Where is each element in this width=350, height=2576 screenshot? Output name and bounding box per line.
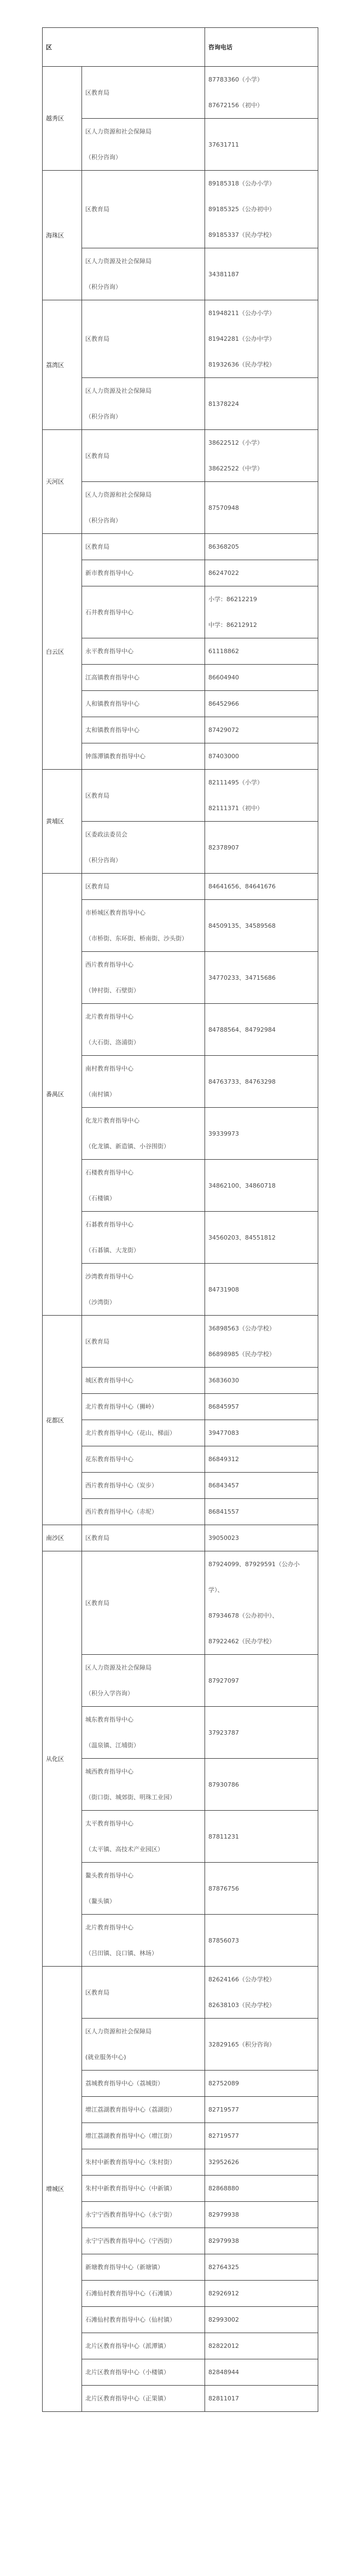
phone-number: 32952626 xyxy=(208,2149,314,2175)
phone-number: 82979938 xyxy=(208,2202,314,2228)
office-name-line: 石碁教育指导中心 xyxy=(85,1212,201,1237)
phone-cell: 87856073 xyxy=(205,1915,318,1967)
phone-number: 87934678（公办初中）、 xyxy=(208,1603,314,1629)
office-cell: 西片教育指导中心（炭步） xyxy=(82,1473,205,1499)
office-name-line: 石滩仙村教育指导中心（仙村镇） xyxy=(85,2307,201,2333)
phone-number: 38622522（中学） xyxy=(208,456,314,481)
table-row: 北片教育指导中心（大石街、洛浦街）84788564、84792984 xyxy=(43,1004,318,1056)
table-row: 城区教育指导中心36836030 xyxy=(43,1368,318,1394)
phone-number: 36898563（公办学校） xyxy=(208,1316,314,1341)
office-cell: 石滩仙村教育指导中心（仙村镇） xyxy=(82,2307,205,2333)
table-row: 荔湾区区教育局81948211（公办小学）81942281（公办中学）81932… xyxy=(43,300,318,378)
phone-cell: 34560203、84551812 xyxy=(205,1212,318,1264)
office-cell: 北片教育指导中心（大石街、洛浦街） xyxy=(82,1004,205,1056)
office-cell: 新市教育指导中心 xyxy=(82,560,205,586)
phone-cell: 86841557 xyxy=(205,1499,318,1525)
office-name-line: 新市教育指导中心 xyxy=(85,560,201,586)
phone-cell: 89185318（公办小学）89185325（公办初中）89185337（民办学… xyxy=(205,171,318,248)
district-name: 天河区 xyxy=(43,430,82,534)
office-cell: 花东教育指导中心 xyxy=(82,1446,205,1473)
office-cell: 城区教育指导中心 xyxy=(82,1368,205,1394)
office-cell: 区人力资源及社会保障局（积分咨询） xyxy=(82,248,205,300)
phone-number: 86849312 xyxy=(208,1446,314,1472)
office-name-line: 朱村中新教育指导中心（朱村街） xyxy=(85,2149,201,2175)
phone-number: 82868880 xyxy=(208,2176,314,2201)
office-name-line: 区人力资源及社会保障局 xyxy=(85,1655,201,1680)
office-cell: 市桥城区教育指导中心（市桥街、东环街、桥南街、沙头街） xyxy=(82,900,205,952)
office-name-line: （鳌头镇） xyxy=(85,1888,201,1914)
table-row: 鳌头教育指导中心（鳌头镇）87876756 xyxy=(43,1863,318,1915)
office-name-line: 朱村中新教育指导中心（中新镇） xyxy=(85,2176,201,2201)
office-cell: 区教育局 xyxy=(82,1967,205,2019)
phone-number: 87403000 xyxy=(208,743,314,769)
table-row: 区人力资源及社会保障局（积分入学咨询）87927097 xyxy=(43,1655,318,1707)
phone-cell: 84788564、84792984 xyxy=(205,1004,318,1056)
office-name-line: （街口街、城郊街、明珠工业园） xyxy=(85,1784,201,1810)
table-row: 新塘教育指导中心（新塘镇）82764325 xyxy=(43,2254,318,2281)
table-row: 朱村中新教育指导中心（中新镇）82868880 xyxy=(43,2176,318,2202)
phone-number: 82111371（初中） xyxy=(208,795,314,821)
phone-number: 86247022 xyxy=(208,560,314,586)
phone-number: 82719577 xyxy=(208,2123,314,2149)
office-cell: 北片区教育指导中心（小楼镇） xyxy=(82,2359,205,2386)
phone-number: 87570948 xyxy=(208,495,314,521)
office-cell: 城东教育指导中心（温泉镇、江埔街） xyxy=(82,1707,205,1759)
phone-number: 32829165（积分咨询） xyxy=(208,2032,314,2057)
table-row: 白云区区教育局86368205 xyxy=(43,534,318,560)
office-name-line: 区人力资源和社会保障局 xyxy=(85,2019,201,2044)
office-cell: 区教育局 xyxy=(82,1525,205,1551)
phone-cell: 82822012 xyxy=(205,2333,318,2359)
office-name-line: 区人力资源及社会保障局 xyxy=(85,248,201,274)
phone-number: 84788564、84792984 xyxy=(208,1017,314,1043)
table-row: 南沙区区教育局39050023 xyxy=(43,1525,318,1551)
office-name-line: 城区教育指导中心 xyxy=(85,1368,201,1393)
office-name-line: （积分咨询） xyxy=(85,144,201,170)
phone-cell: 81378224 xyxy=(205,378,318,430)
office-name-line: （石碁镇、大龙街） xyxy=(85,1237,201,1263)
district-name: 花都区 xyxy=(43,1316,82,1525)
district-name: 从化区 xyxy=(43,1551,82,1967)
phone-number: 39339973 xyxy=(208,1121,314,1147)
office-cell: 区人力资源和社会保障局（积分咨询） xyxy=(82,119,205,171)
office-name-line: 区人力资源和社会保障局 xyxy=(85,119,201,144)
table-row: 天河区区教育局38622512（小学）38622522（中学） xyxy=(43,430,318,482)
phone-cell: 87930786 xyxy=(205,1759,318,1811)
office-cell: 北片教育指导中心（花山、梯面） xyxy=(82,1420,205,1446)
table-row: 沙湾教育指导中心（沙湾街）84731908 xyxy=(43,1264,318,1316)
office-cell: 区教育局 xyxy=(82,300,205,378)
office-name-line: 区教育局 xyxy=(85,1525,201,1551)
table-row: 石碁教育指导中心（石碁镇、大龙街）34560203、84551812 xyxy=(43,1212,318,1264)
phone-cell: 32829165（积分咨询） xyxy=(205,2019,318,2071)
office-name-line: 区教育局 xyxy=(85,874,201,899)
phone-cell: 86843457 xyxy=(205,1473,318,1499)
table-row: 北片区教育指导中心（派潭镇）82822012 xyxy=(43,2333,318,2359)
office-name-line: 化龙片教育指导中心 xyxy=(85,1108,201,1133)
table-row: 花东教育指导中心86849312 xyxy=(43,1446,318,1473)
table-row: 石滩仙村教育指导中心（石滩镇）82926912 xyxy=(43,2281,318,2307)
phone-cell: 82979938 xyxy=(205,2228,318,2254)
table-row: 人和镇教育指导中心86452966 xyxy=(43,691,318,717)
office-cell: 江高镇教育指导中心 xyxy=(82,665,205,691)
office-name-line: （积分入学咨询） xyxy=(85,1680,201,1706)
office-name-line: 石井教育指导中心 xyxy=(85,600,201,625)
office-name-line: 区教育局 xyxy=(85,1980,201,2005)
office-name-line: 区委政法委员会 xyxy=(85,822,201,847)
phone-number: 86368205 xyxy=(208,534,314,560)
phone-number: 61118862 xyxy=(208,638,314,664)
office-cell: 区教育局 xyxy=(82,874,205,900)
table-row: 区人力资源和社会保障局（积分咨询）87570948 xyxy=(43,482,318,534)
phone-cell: 39477083 xyxy=(205,1420,318,1446)
office-cell: 区人力资源和社会保障局(就业服务中心) xyxy=(82,2019,205,2071)
office-name-line: 南村教育指导中心 xyxy=(85,1056,201,1081)
phone-number: 81378224 xyxy=(208,391,314,417)
phone-number: 39477083 xyxy=(208,1420,314,1446)
phone-number: 82111495（小学） xyxy=(208,770,314,795)
phone-number: 82624166（公办学校） xyxy=(208,1967,314,1992)
office-name-line: （南村镇） xyxy=(85,1081,201,1107)
district-name: 白云区 xyxy=(43,534,82,770)
office-name-line: 人和镇教育指导中心 xyxy=(85,691,201,717)
phone-cell: 82719577 xyxy=(205,2123,318,2149)
district-name: 南沙区 xyxy=(43,1525,82,1551)
phone-cell: 86368205 xyxy=(205,534,318,560)
office-name-line: 增江荔湖教育指导中心（增江街） xyxy=(85,2123,201,2149)
phone-number: 89185318（公办小学） xyxy=(208,171,314,196)
office-name-line: 新塘教育指导中心（新塘镇） xyxy=(85,2254,201,2280)
office-name-line: （吕田镇、良口镇、林场） xyxy=(85,1940,201,1966)
phone-cell: 87811231 xyxy=(205,1811,318,1863)
phone-number: 89185337（民办学校） xyxy=(208,222,314,248)
office-cell: 北片区教育指导中心（正果镇） xyxy=(82,2386,205,2412)
office-name-line: 北片教育指导中心 xyxy=(85,1915,201,1940)
office-name-line: 石滩仙村教育指导中心（石滩镇） xyxy=(85,2281,201,2306)
office-name-line: 永宁宁西教育指导中心（永宁街） xyxy=(85,2202,201,2228)
phone-number: 34862100、34860718 xyxy=(208,1173,314,1199)
phone-cell: 81948211（公办小学）81942281（公办中学）81932636（民办学… xyxy=(205,300,318,378)
office-cell: 北片教育指导中心（吕田镇、良口镇、林场） xyxy=(82,1915,205,1967)
phone-cell: 39339973 xyxy=(205,1108,318,1160)
office-cell: 区教育局 xyxy=(82,1316,205,1368)
office-name-line: （积分咨询） xyxy=(85,508,201,533)
phone-number: 81942281（公办中学） xyxy=(208,326,314,352)
office-cell: 太平教育指导中心（太平镇、高技术产业园区） xyxy=(82,1811,205,1863)
office-cell: 城西教育指导中心（街口街、城郊街、明珠工业园） xyxy=(82,1759,205,1811)
table-header-row: 区 咨询电话 xyxy=(43,28,318,67)
table-row: 北片教育指导中心（狮岭）86845957 xyxy=(43,1394,318,1420)
district-name: 荔湾区 xyxy=(43,300,82,430)
header-phone: 咨询电话 xyxy=(205,28,318,67)
phone-number: 86843457 xyxy=(208,1473,314,1498)
district-name: 海珠区 xyxy=(43,171,82,300)
office-name-line: （大石街、洛浦街） xyxy=(85,1030,201,1055)
phone-cell: 82926912 xyxy=(205,2281,318,2307)
office-name-line: 区教育局 xyxy=(85,783,201,809)
office-name-line: 太平教育指导中心 xyxy=(85,1811,201,1836)
table-row: 西片教育指导中心（赤坭）86841557 xyxy=(43,1499,318,1525)
phone-number: 86452966 xyxy=(208,691,314,717)
office-cell: 石碁教育指导中心（石碁镇、大龙街） xyxy=(82,1212,205,1264)
office-name-line: 区人力资源及社会保障局 xyxy=(85,378,201,404)
phone-number: 82979938 xyxy=(208,2228,314,2254)
office-name-line: 太和镇教育指导中心 xyxy=(85,717,201,743)
phone-number: 89185325（公办初中） xyxy=(208,196,314,222)
table-row: 区人力资源及社会保障局（积分咨询）34381187 xyxy=(43,248,318,300)
phone-cell: 37631711 xyxy=(205,119,318,171)
phone-cell: 86604940 xyxy=(205,665,318,691)
table-row: 从化区区教育局87924099、87929591（公办小学）、87934678（… xyxy=(43,1551,318,1655)
phone-cell: 82993002 xyxy=(205,2307,318,2333)
phone-number: 34381187 xyxy=(208,261,314,287)
phone-cell: 87570948 xyxy=(205,482,318,534)
table-row: 北片区教育指导中心（小楼镇）82848944 xyxy=(43,2359,318,2386)
phone-cell: 84763733、84763298 xyxy=(205,1056,318,1108)
office-name-line: 区教育局 xyxy=(85,534,201,560)
phone-number: 87924099、87929591（公办小学）、 xyxy=(208,1551,314,1603)
office-name-line: 北片教育指导中心 xyxy=(85,1004,201,1030)
table-row: 区人力资源和社会保障局（积分咨询）37631711 xyxy=(43,119,318,171)
phone-cell: 82624166（公办学校）82638103（民办学校） xyxy=(205,1967,318,2019)
office-name-line: 石楼教育指导中心 xyxy=(85,1160,201,1185)
table-row: 永平教育指导中心61118862 xyxy=(43,638,318,665)
office-cell: 钟落潭镇教育指导中心 xyxy=(82,743,205,770)
phone-cell: 86452966 xyxy=(205,691,318,717)
table-row: 朱村中新教育指导中心（朱村街）32952626 xyxy=(43,2149,318,2176)
page: 区 咨询电话 越秀区区教育局87783360（小学）87672156（初中）区人… xyxy=(0,0,350,2426)
phone-cell: 82868880 xyxy=(205,2176,318,2202)
office-cell: 区教育局 xyxy=(82,430,205,482)
office-name-line: 永宁宁西教育指导中心（宁西街） xyxy=(85,2228,201,2254)
phone-number: 84641656、84641676 xyxy=(208,874,314,899)
office-cell: 鳌头教育指导中心（鳌头镇） xyxy=(82,1863,205,1915)
office-cell: 朱村中新教育指导中心（中新镇） xyxy=(82,2176,205,2202)
phone-cell: 38622512（小学）38622522（中学） xyxy=(205,430,318,482)
office-name-line: 区人力资源和社会保障局 xyxy=(85,482,201,508)
office-cell: 增江荔湖教育指导中心（增江街） xyxy=(82,2123,205,2149)
phone-cell: 34381187 xyxy=(205,248,318,300)
office-cell: 永平教育指导中心 xyxy=(82,638,205,665)
phone-number: 82993002 xyxy=(208,2307,314,2333)
office-name-line: （温泉镇、江埔街） xyxy=(85,1732,201,1758)
table-row: 花都区区教育局36898563（公办学校）86898985（民办学校） xyxy=(43,1316,318,1368)
phone-number: 38622512（小学） xyxy=(208,430,314,456)
office-name-line: 江高镇教育指导中心 xyxy=(85,665,201,690)
phone-cell: 82111495（小学）82111371（初中） xyxy=(205,770,318,822)
contact-table: 区 咨询电话 越秀区区教育局87783360（小学）87672156（初中）区人… xyxy=(42,27,318,2412)
phone-cell: 小学：86212219中学：86212912 xyxy=(205,586,318,638)
phone-number: 中学：86212912 xyxy=(208,612,314,638)
office-cell: 石井教育指导中心 xyxy=(82,586,205,638)
office-name-line: （钟村街、石壁街） xyxy=(85,978,201,1003)
office-name-line: 城东教育指导中心 xyxy=(85,1707,201,1732)
office-name-line: （积分咨询） xyxy=(85,404,201,429)
office-name-line: 北片区教育指导中心（小楼镇） xyxy=(85,2359,201,2385)
table-row: 石滩仙村教育指导中心（仙村镇）82993002 xyxy=(43,2307,318,2333)
office-name-line: 北片教育指导中心（花山、梯面） xyxy=(85,1420,201,1446)
district-name: 番禺区 xyxy=(43,874,82,1316)
phone-number: 87783360（小学） xyxy=(208,67,314,92)
table-row: 区人力资源及社会保障局（积分咨询）81378224 xyxy=(43,378,318,430)
phone-cell: 82811017 xyxy=(205,2386,318,2412)
office-cell: 人和镇教育指导中心 xyxy=(82,691,205,717)
table-row: 西片教育指导中心（钟村街、石壁街）34770233、34715686 xyxy=(43,952,318,1004)
phone-number: 87927097 xyxy=(208,1668,314,1694)
office-name-line: 区教育局 xyxy=(85,326,201,352)
office-name-line: 区教育局 xyxy=(85,80,201,106)
table-row: 化龙片教育指导中心（化龙镇、新造镇、小谷围街）39339973 xyxy=(43,1108,318,1160)
table-row: 石井教育指导中心小学：86212219中学：86212912 xyxy=(43,586,318,638)
phone-cell: 34862100、34860718 xyxy=(205,1160,318,1212)
office-cell: 永宁宁西教育指导中心（宁西街） xyxy=(82,2228,205,2254)
office-name-line: 花东教育指导中心 xyxy=(85,1446,201,1472)
phone-number: 84731908 xyxy=(208,1277,314,1302)
phone-number: 84509135、34589568 xyxy=(208,913,314,939)
phone-number: 82638103（民办学校） xyxy=(208,1992,314,2018)
phone-cell: 87783360（小学）87672156（初中） xyxy=(205,67,318,119)
office-name-line: 沙湾教育指导中心 xyxy=(85,1264,201,1289)
office-name-line: 北片区教育指导中心（正果镇） xyxy=(85,2386,201,2411)
office-name-line: 区教育局 xyxy=(85,1329,201,1354)
phone-cell: 86849312 xyxy=(205,1446,318,1473)
office-cell: 永宁宁西教育指导中心（永宁街） xyxy=(82,2202,205,2228)
phone-cell: 61118862 xyxy=(205,638,318,665)
office-cell: 荔城教育指导中心（荔城街） xyxy=(82,2071,205,2097)
table-row: 西片教育指导中心（炭步）86843457 xyxy=(43,1473,318,1499)
phone-cell: 87927097 xyxy=(205,1655,318,1707)
phone-number: 82752089 xyxy=(208,2071,314,2096)
office-name-line: 区教育局 xyxy=(85,443,201,469)
table-row: 区委政法委员会（积分咨询）82378907 xyxy=(43,822,318,874)
office-cell: 朱村中新教育指导中心（朱村街） xyxy=(82,2149,205,2176)
phone-number: 34560203、84551812 xyxy=(208,1225,314,1251)
office-name-line: （化龙镇、新造镇、小谷围街） xyxy=(85,1133,201,1159)
office-cell: 区教育局 xyxy=(82,1551,205,1655)
phone-number: 86845957 xyxy=(208,1394,314,1420)
phone-cell: 36836030 xyxy=(205,1368,318,1394)
office-name-line: （石楼镇） xyxy=(85,1185,201,1211)
phone-number: 82378907 xyxy=(208,835,314,860)
office-name-line: 市桥城区教育指导中心 xyxy=(85,900,201,926)
phone-number: 82764325 xyxy=(208,2254,314,2280)
table-row: 北片教育指导中心（吕田镇、良口镇、林场）87856073 xyxy=(43,1915,318,1967)
office-name-line: 区教育局 xyxy=(85,1590,201,1616)
phone-number: 81932636（民办学校） xyxy=(208,352,314,377)
office-cell: 区教育局 xyxy=(82,534,205,560)
phone-cell: 84641656、84641676 xyxy=(205,874,318,900)
phone-number: 82719577 xyxy=(208,2097,314,2123)
office-name-line: 荔城教育指导中心（荔城街） xyxy=(85,2071,201,2096)
table-row: 黄埔区区教育局82111495（小学）82111371（初中） xyxy=(43,770,318,822)
office-name-line: 区教育局 xyxy=(85,196,201,222)
office-name-line: 北片教育指导中心（狮岭） xyxy=(85,1394,201,1420)
district-name: 增城区 xyxy=(43,1967,82,2412)
district-name: 黄埔区 xyxy=(43,770,82,874)
office-cell: 西片教育指导中心（赤坭） xyxy=(82,1499,205,1525)
office-name-line: （积分咨询） xyxy=(85,847,201,873)
phone-number: 86898985（民办学校） xyxy=(208,1341,314,1367)
table-row: 钟落潭镇教育指导中心87403000 xyxy=(43,743,318,770)
table-row: 北片区教育指导中心（正果镇）82811017 xyxy=(43,2386,318,2412)
table-row: 北片教育指导中心（花山、梯面）39477083 xyxy=(43,1420,318,1446)
office-cell: 区教育局 xyxy=(82,67,205,119)
office-name-line: 城西教育指导中心 xyxy=(85,1759,201,1784)
table-row: 新市教育指导中心86247022 xyxy=(43,560,318,586)
phone-number: 84763733、84763298 xyxy=(208,1069,314,1095)
office-cell: 增江荔湖教育指导中心（荔湖街） xyxy=(82,2097,205,2123)
table-row: 番禺区区教育局84641656、84641676 xyxy=(43,874,318,900)
office-name-line: 北片区教育指导中心（派潭镇） xyxy=(85,2333,201,2359)
phone-number: 34770233、34715686 xyxy=(208,965,314,991)
phone-cell: 86845957 xyxy=(205,1394,318,1420)
phone-number: 87876756 xyxy=(208,1876,314,1902)
office-cell: 区教育局 xyxy=(82,770,205,822)
office-cell: 西片教育指导中心（钟村街、石壁街） xyxy=(82,952,205,1004)
office-cell: 区委政法委员会（积分咨询） xyxy=(82,822,205,874)
office-name-line: 西片教育指导中心（赤坭） xyxy=(85,1499,201,1525)
table-row: 增江荔湖教育指导中心（增江街）82719577 xyxy=(43,2123,318,2149)
office-name-line: （市桥街、东环街、桥南街、沙头街） xyxy=(85,926,201,951)
phone-number: 36836030 xyxy=(208,1368,314,1393)
phone-number: 87930786 xyxy=(208,1772,314,1798)
office-cell: 化龙片教育指导中心（化龙镇、新造镇、小谷围街） xyxy=(82,1108,205,1160)
phone-number: 82811017 xyxy=(208,2386,314,2411)
table-row: 海珠区区教育局89185318（公办小学）89185325（公办初中）89185… xyxy=(43,171,318,248)
phone-cell: 84731908 xyxy=(205,1264,318,1316)
phone-cell: 82752089 xyxy=(205,2071,318,2097)
phone-cell: 34770233、34715686 xyxy=(205,952,318,1004)
table-row: 城西教育指导中心（街口街、城郊街、明珠工业园）87930786 xyxy=(43,1759,318,1811)
table-row: 增城区区教育局82624166（公办学校）82638103（民办学校） xyxy=(43,1967,318,2019)
office-cell: 区人力资源及社会保障局（积分入学咨询） xyxy=(82,1655,205,1707)
office-cell: 新塘教育指导中心（新塘镇） xyxy=(82,2254,205,2281)
office-name-line: （积分咨询） xyxy=(85,274,201,300)
table-row: 江高镇教育指导中心86604940 xyxy=(43,665,318,691)
phone-number: 87429072 xyxy=(208,717,314,743)
header-district: 区 xyxy=(43,28,205,67)
phone-cell: 84509135、34589568 xyxy=(205,900,318,952)
table-row: 越秀区区教育局87783360（小学）87672156（初中） xyxy=(43,67,318,119)
office-name-line: 西片教育指导中心（炭步） xyxy=(85,1473,201,1498)
office-cell: 北片区教育指导中心（派潭镇） xyxy=(82,2333,205,2359)
phone-cell: 36898563（公办学校）86898985（民办学校） xyxy=(205,1316,318,1368)
phone-number: 82926912 xyxy=(208,2281,314,2306)
office-name-line: 钟落潭镇教育指导中心 xyxy=(85,743,201,769)
phone-cell: 37923787 xyxy=(205,1707,318,1759)
table-row: 增江荔湖教育指导中心（荔湖街）82719577 xyxy=(43,2097,318,2123)
office-cell: 石滩仙村教育指导中心（石滩镇） xyxy=(82,2281,205,2307)
phone-cell: 86247022 xyxy=(205,560,318,586)
phone-number: 87672156（初中） xyxy=(208,92,314,118)
table-row: 太平教育指导中心（太平镇、高技术产业园区）87811231 xyxy=(43,1811,318,1863)
phone-cell: 82378907 xyxy=(205,822,318,874)
office-cell: 南村教育指导中心（南村镇） xyxy=(82,1056,205,1108)
table-row: 太和镇教育指导中心87429072 xyxy=(43,717,318,743)
table-row: 区人力资源和社会保障局(就业服务中心)32829165（积分咨询） xyxy=(43,2019,318,2071)
phone-cell: 82764325 xyxy=(205,2254,318,2281)
office-cell: 沙湾教育指导中心（沙湾街） xyxy=(82,1264,205,1316)
office-name-line: 增江荔湖教育指导中心（荔湖街） xyxy=(85,2097,201,2123)
phone-cell: 32952626 xyxy=(205,2149,318,2176)
phone-cell: 39050023 xyxy=(205,1525,318,1551)
phone-number: 37631711 xyxy=(208,132,314,158)
phone-number: 37923787 xyxy=(208,1720,314,1746)
phone-number: 82822012 xyxy=(208,2333,314,2359)
phone-number: 小学：86212219 xyxy=(208,586,314,612)
office-name-line: 鳌头教育指导中心 xyxy=(85,1863,201,1888)
table-row: 永宁宁西教育指导中心（宁西街）82979938 xyxy=(43,2228,318,2254)
